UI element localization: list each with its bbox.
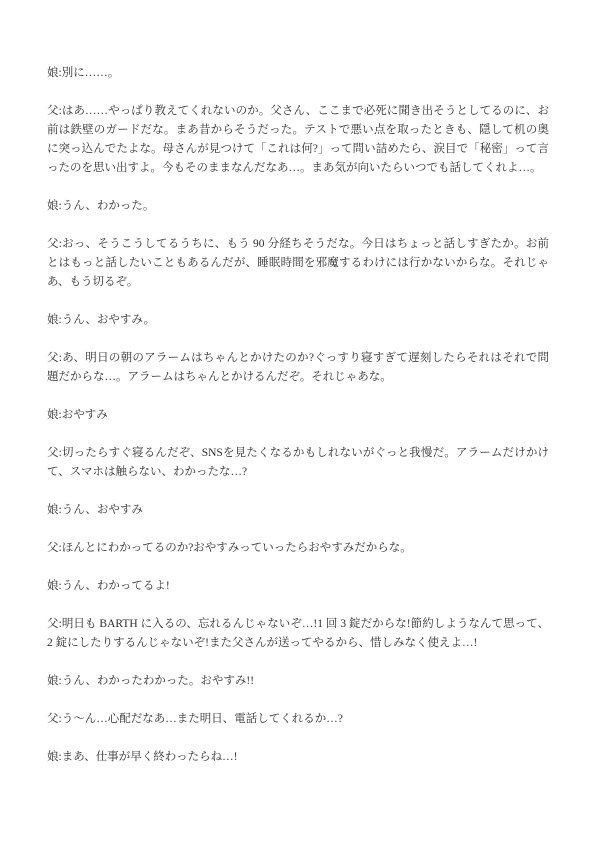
speaker-label: 父 [47,713,59,725]
speaker-label: 父 [47,542,59,554]
utterance-text: 切ったらすぐ寝るんだぞ、SNSを見たくなるかもしれないがぐっと我慢だ。アラームだ… [47,447,549,478]
utterance-text: あ、明日の朝のアラームはちゃんとかけたのか?ぐっすり寝すぎて遅刻したらそれはそれ… [47,352,549,383]
utterance-text: うん、わかったわかった。おやすみ!! [62,675,254,687]
dialogue-line: 父:ほんとにわかってるのか?おやすみっていったらおやすみだからな。 [47,539,549,558]
speaker-label: 娘 [47,580,59,592]
dialogue-line: 父:おっ、そうこうしてるうちに、もう 90 分経ちそうだな。今日はちょっと話しす… [47,235,549,292]
dialogue-line: 娘:うん、わかってるよ! [47,577,549,596]
speaker-label: 娘 [47,314,59,326]
dialogue-line: 娘:別に……。 [47,64,549,83]
dialogue-line: 娘:うん、わかったわかった。おやすみ!! [47,672,549,691]
speaker-label: 娘 [47,504,59,516]
speaker-label: 父 [47,618,59,630]
utterance-text: うん、おやすみ。 [62,314,155,326]
utterance-text: うん、わかった。 [62,200,155,212]
document-page: 娘:別に……。 父:はあ……やっぱり教えてくれないのか。父さん、ここまで必死に聞… [0,0,596,842]
dialogue-line: 娘:うん、わかった。 [47,197,549,216]
dialogue-line: 父:切ったらすぐ寝るんだぞ、SNSを見たくなるかもしれないがぐっと我慢だ。アラー… [47,444,549,482]
dialogue-line: 父:あ、明日の朝のアラームはちゃんとかけたのか?ぐっすり寝すぎて遅刻したらそれは… [47,349,549,387]
utterance-text: おっ、そうこうしてるうちに、もう 90 分経ちそうだな。今日はちょっと話しすぎた… [47,238,549,288]
utterance-text: はあ……やっぱり教えてくれないのか。父さん、ここまで必死に聞き出そうとしてるのに… [47,105,549,174]
utterance-text: う〜ん…心配だなあ…また明日、電話してくれるか…? [62,713,343,725]
speaker-label: 娘 [47,675,59,687]
utterance-text: うん、おやすみ [62,504,143,516]
dialogue-line: 娘:おやすみ [47,406,549,425]
speaker-label: 父 [47,447,59,459]
dialogue-line: 父:明日も BARTH に入るの、忘れるんじゃないぞ…!1 回 3 錠だからな!… [47,615,549,653]
utterance-text: おやすみ [62,409,108,421]
speaker-label: 父 [47,105,59,117]
speaker-label: 娘 [47,409,59,421]
dialogue-line: 娘:まあ、仕事が早く終わったらね…! [47,748,549,767]
utterance-text: 明日も BARTH に入るの、忘れるんじゃないぞ…!1 回 3 錠だからな!節約… [47,618,549,649]
dialogue-line: 娘:うん、おやすみ [47,501,549,520]
utterance-text: まあ、仕事が早く終わったらね…! [62,751,238,763]
utterance-text: うん、わかってるよ! [62,580,170,592]
speaker-label: 娘 [47,200,59,212]
dialogue-line: 娘:うん、おやすみ。 [47,311,549,330]
speaker-label: 娘 [47,67,59,79]
speaker-label: 父 [47,238,59,250]
speaker-label: 娘 [47,751,59,763]
utterance-text: ほんとにわかってるのか?おやすみっていったらおやすみだからな。 [62,542,412,554]
utterance-text: 別に……。 [62,67,120,79]
dialogue-line: 父:はあ……やっぱり教えてくれないのか。父さん、ここまで必死に聞き出そうとしてる… [47,102,549,178]
dialogue-line: 父:う〜ん…心配だなあ…また明日、電話してくれるか…? [47,710,549,729]
speaker-label: 父 [47,352,59,364]
